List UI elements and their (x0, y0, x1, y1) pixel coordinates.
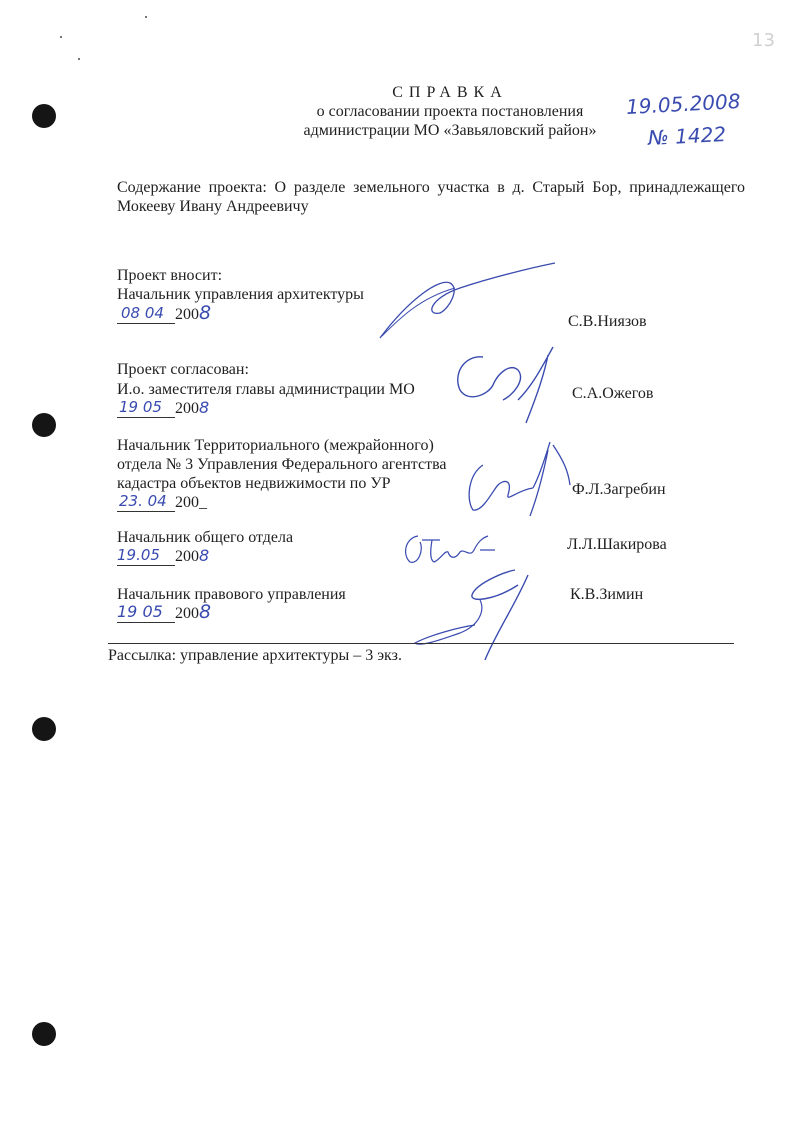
approval-signatory-name: С.В.Ниязов (568, 312, 647, 331)
document-subtitle-line1: о согласовании проекта постановления (250, 102, 650, 121)
approval-position: отдела № 3 Управления Федерального агент… (117, 455, 447, 474)
document-title: СПРАВКА (250, 83, 650, 102)
approval-year-printed: 200 (175, 306, 199, 323)
approval-date-handwritten: 19.05 (117, 546, 160, 565)
approval-year-printed: 200 (175, 400, 199, 417)
scan-speck (145, 16, 147, 18)
scan-speck (78, 58, 80, 60)
approval-signatory-name: К.В.Зимин (570, 585, 643, 604)
approval-position: Начальник управления архитектуры (117, 285, 364, 304)
approval-date-handwritten: 08 04 (121, 304, 164, 323)
approval-year-printed: 200 (175, 548, 199, 565)
approval-year-handwritten: 8 (199, 302, 211, 324)
signature-icon (458, 440, 588, 520)
punch-hole (32, 104, 56, 128)
approval-date-line: 08 04 2008 (117, 304, 211, 324)
signature-icon (400, 565, 550, 665)
signature-icon (400, 530, 500, 570)
approval-year-handwritten: 8 (199, 398, 209, 417)
punch-hole (32, 717, 56, 741)
approval-heading: Проект согласован: (117, 360, 249, 379)
registration-number: № 1422 (647, 122, 726, 150)
signature-icon (448, 345, 578, 425)
approval-date-handwritten: 19 05 (119, 398, 162, 417)
approval-year-handwritten: 8 (199, 601, 211, 623)
approval-date-handwritten: 19 05 (117, 602, 163, 621)
punch-hole (32, 413, 56, 437)
scan-speck (60, 36, 62, 38)
punch-hole (32, 1022, 56, 1046)
approval-position: И.о. заместителя главы администрации МО (117, 380, 415, 399)
approval-year-printed: 200 (175, 605, 199, 622)
distribution-text: Рассылка: управление архитектуры – 3 экз… (108, 646, 402, 665)
approval-date-line: 19 05 2008 (117, 398, 209, 418)
separator-line (108, 643, 734, 644)
approval-year-printed: 200_ (175, 494, 207, 511)
approval-position: Начальник общего отдела (117, 528, 293, 547)
approval-signatory-name: С.А.Ожегов (572, 384, 653, 403)
approval-date-line: 23. 04 200_ (117, 493, 207, 512)
approval-position: Начальник Территориального (межрайонного… (117, 436, 434, 455)
approval-date-line: 19 05 2008 (117, 603, 211, 623)
registration-date: 19.05.2008 (625, 89, 741, 119)
signature-icon (370, 258, 570, 348)
corner-page-mark: 13 (752, 30, 775, 51)
approval-date-line: 19.05 2008 (117, 546, 209, 566)
approval-heading: Проект вносит: (117, 266, 222, 285)
approval-year-handwritten: 8 (199, 546, 209, 565)
approval-date-handwritten: 23. 04 (119, 492, 167, 511)
approval-signatory-name: Л.Л.Шакирова (567, 535, 667, 554)
document-subtitle-line2: администрации МО «Завьяловский район» (250, 121, 650, 140)
project-content: Содержание проекта: О разделе земельного… (117, 178, 745, 216)
approval-position: кадастра объектов недвижимости по УР (117, 474, 391, 493)
